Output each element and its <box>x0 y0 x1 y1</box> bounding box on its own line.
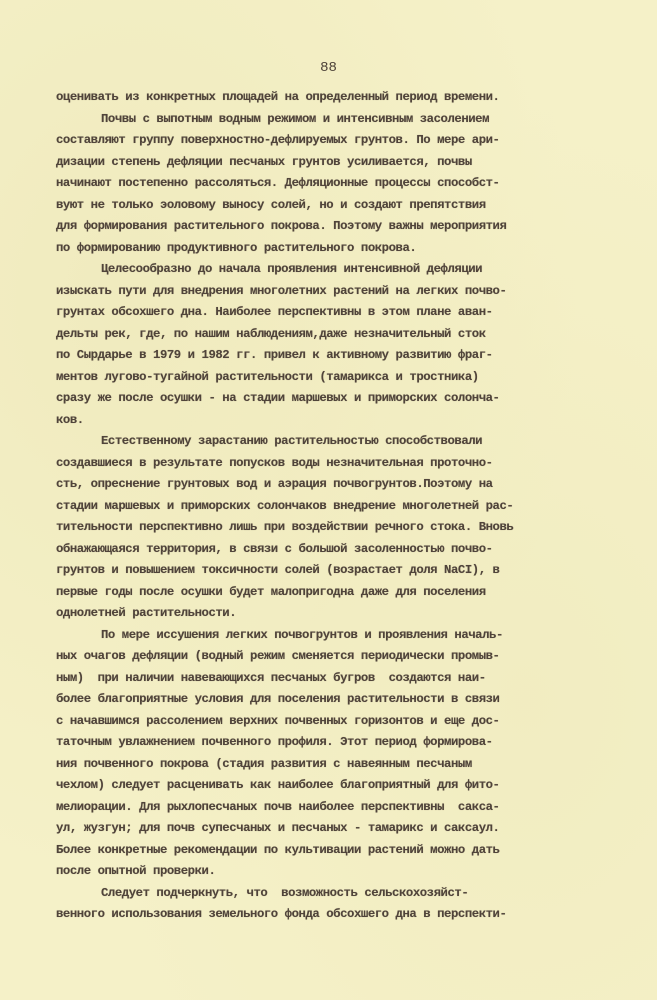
text-line: Целесообразно до начала проявления интен… <box>56 259 616 281</box>
text-line: по формированию продуктивного растительн… <box>56 238 616 260</box>
text-line: ния почвенного покрова (стадия развития … <box>56 754 616 776</box>
text-line: с начавшимся рассолением верхних почвенн… <box>56 711 616 733</box>
text-line: для формирования растительного покрова. … <box>56 216 616 238</box>
text-line: Почвы с выпотным водным режимом и интенс… <box>56 109 616 131</box>
text-line: Более конкретные рекомендации по культив… <box>56 840 616 862</box>
text-line: сразу же после осушки - на стадии маршев… <box>56 388 616 410</box>
text-line: венного использования земельного фонда о… <box>56 904 616 926</box>
paragraph: По мере иссушения легких почвогрунтов и … <box>56 625 616 883</box>
text-line: ментов лугово-тугайной растительности (т… <box>56 367 616 389</box>
text-line: мелиорации. Для рыхлопесчаных почв наибо… <box>56 797 616 819</box>
text-line: первые годы после осушки будет малоприго… <box>56 582 616 604</box>
paragraph: Естественному зарастанию растительностью… <box>56 431 616 625</box>
text-line: изыскать пути для внедрения многолетних … <box>56 281 616 303</box>
paragraph: Следует подчеркнуть, что возможность сел… <box>56 883 616 926</box>
text-line: начинают постепенно рассоляться. Дефляци… <box>56 173 616 195</box>
text-line: таточным увлажнением почвенного профиля.… <box>56 732 616 754</box>
text-line: оценивать из конкретных площадей на опре… <box>56 87 616 109</box>
text-line: стадии маршевых и приморских солончаков … <box>56 496 616 518</box>
text-line: ных очагов дефляции (водный режим сменяе… <box>56 646 616 668</box>
page-number: 88 <box>0 60 657 76</box>
text-line: грунтах обсохшего дна. Наиболее перспект… <box>56 302 616 324</box>
text-line: ул, жузгун; для почв супесчаных и песчан… <box>56 818 616 840</box>
text-line: сть, опреснение грунтовых вод и аэрация … <box>56 474 616 496</box>
text-line: чехлом) следует расценивать как наиболее… <box>56 775 616 797</box>
text-line: Естественному зарастанию растительностью… <box>56 431 616 453</box>
paragraph: Почвы с выпотным водным режимом и интенс… <box>56 109 616 260</box>
text-line: По мере иссушения легких почвогрунтов и … <box>56 625 616 647</box>
paragraph: оценивать из конкретных площадей на опре… <box>56 87 616 109</box>
text-line: после опытной проверки. <box>56 861 616 883</box>
text-line: Следует подчеркнуть, что возможность сел… <box>56 883 616 905</box>
text-line: создавшиеся в результате попусков воды н… <box>56 453 616 475</box>
text-line: обнажающаяся территория, в связи с больш… <box>56 539 616 561</box>
text-line: вуют не только эоловому выносу солей, но… <box>56 195 616 217</box>
text-line: дизации степень дефляции песчаных грунто… <box>56 152 616 174</box>
body-text: оценивать из конкретных площадей на опре… <box>56 87 616 926</box>
text-line: грунтов и повышением токсичности солей (… <box>56 560 616 582</box>
text-line: тительности перспективно лишь при воздей… <box>56 517 616 539</box>
paragraph: Целесообразно до начала проявления интен… <box>56 259 616 431</box>
text-line: однолетней растительности. <box>56 603 616 625</box>
text-line: ным) при наличии навевающихся песчаных б… <box>56 668 616 690</box>
text-line: ков. <box>56 410 616 432</box>
document-page: 88 оценивать из конкретных площадей на о… <box>0 0 657 1000</box>
text-line: более благоприятные условия для поселени… <box>56 689 616 711</box>
text-line: составляют группу поверхностно-дефлируем… <box>56 130 616 152</box>
text-line: по Сырдарье в 1979 и 1982 гг. привел к а… <box>56 345 616 367</box>
text-line: дельты рек, где, по нашим наблюдениям,да… <box>56 324 616 346</box>
